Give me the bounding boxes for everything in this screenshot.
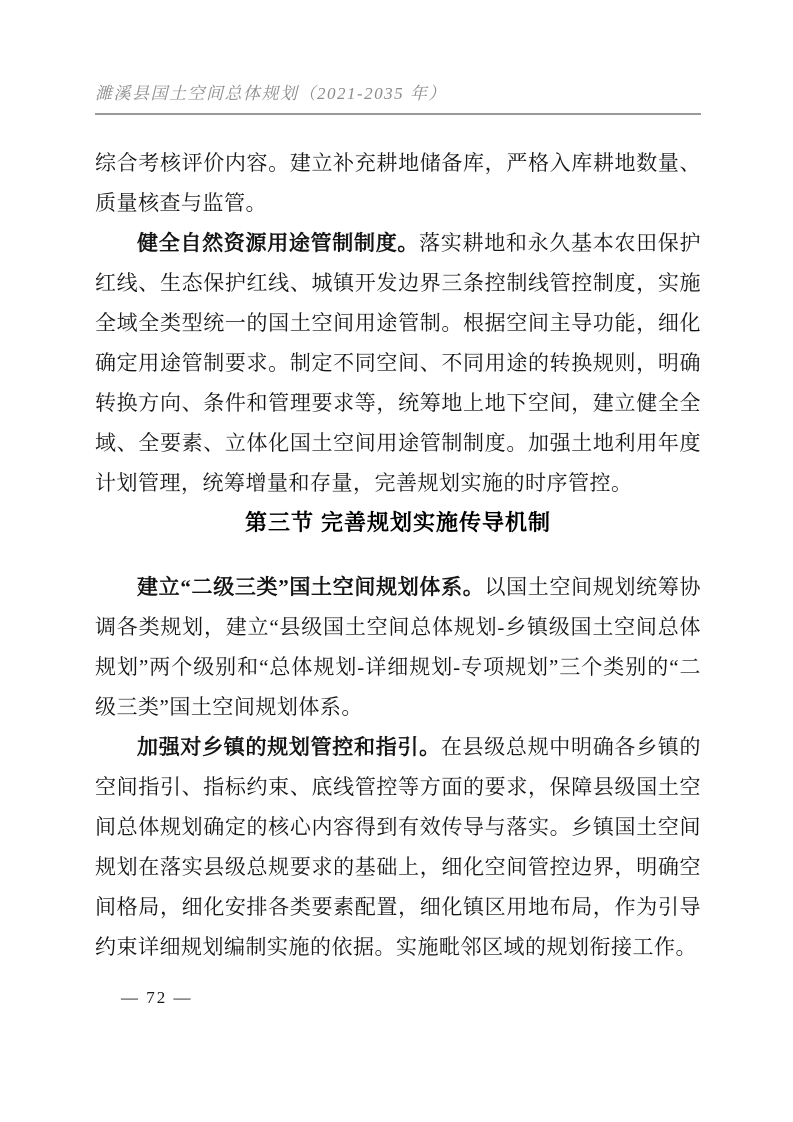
paragraph: 加强对乡镇的规划管控和指引。在县级总规中明确各乡镇的空间指引、指标约束、底线管控… bbox=[95, 727, 701, 967]
paragraph-lead: 加强对乡镇的规划管控和指引。 bbox=[137, 735, 441, 759]
paragraph-continuation: 综合考核评价内容。建立补充耕地储备库，严格入库耕地数量、质量核查与监管。 bbox=[95, 143, 701, 223]
page-body: 综合考核评价内容。建立补充耕地储备库，严格入库耕地数量、质量核查与监管。 健全自… bbox=[95, 143, 701, 967]
header-rule bbox=[95, 113, 701, 115]
running-title: 濉溪县国土空间总体规划（2021-2035 年） bbox=[95, 82, 701, 106]
document-page: 濉溪县国土空间总体规划（2021-2035 年） 综合考核评价内容。建立补充耕地… bbox=[0, 0, 793, 1122]
page-footer: — 72 — bbox=[95, 988, 701, 1008]
page-header: 濉溪县国土空间总体规划（2021-2035 年） bbox=[95, 82, 701, 115]
paragraph: 健全自然资源用途管制制度。落实耕地和永久基本农田保护红线、生态保护红线、城镇开发… bbox=[95, 223, 701, 503]
paragraph-lead: 健全自然资源用途管制制度。 bbox=[137, 231, 419, 255]
paragraph-text: 落实耕地和永久基本农田保护红线、生态保护红线、城镇开发边界三条控制线管控制度，实… bbox=[95, 231, 701, 495]
paragraph-text: 综合考核评价内容。建立补充耕地储备库，严格入库耕地数量、质量核查与监管。 bbox=[95, 151, 701, 215]
paragraph: 建立“二级三类”国土空间规划体系。以国土空间规划统筹协调各类规划，建立“县级国土… bbox=[95, 567, 701, 727]
paragraph-text: 在县级总规中明确各乡镇的空间指引、指标约束、底线管控等方面的要求，保障县级国土空… bbox=[95, 735, 701, 959]
section-heading: 第三节 完善规划实施传导机制 bbox=[95, 503, 701, 543]
paragraph-lead: 建立“二级三类”国土空间规划体系。 bbox=[137, 575, 484, 599]
page-number: — 72 — bbox=[95, 988, 193, 1007]
